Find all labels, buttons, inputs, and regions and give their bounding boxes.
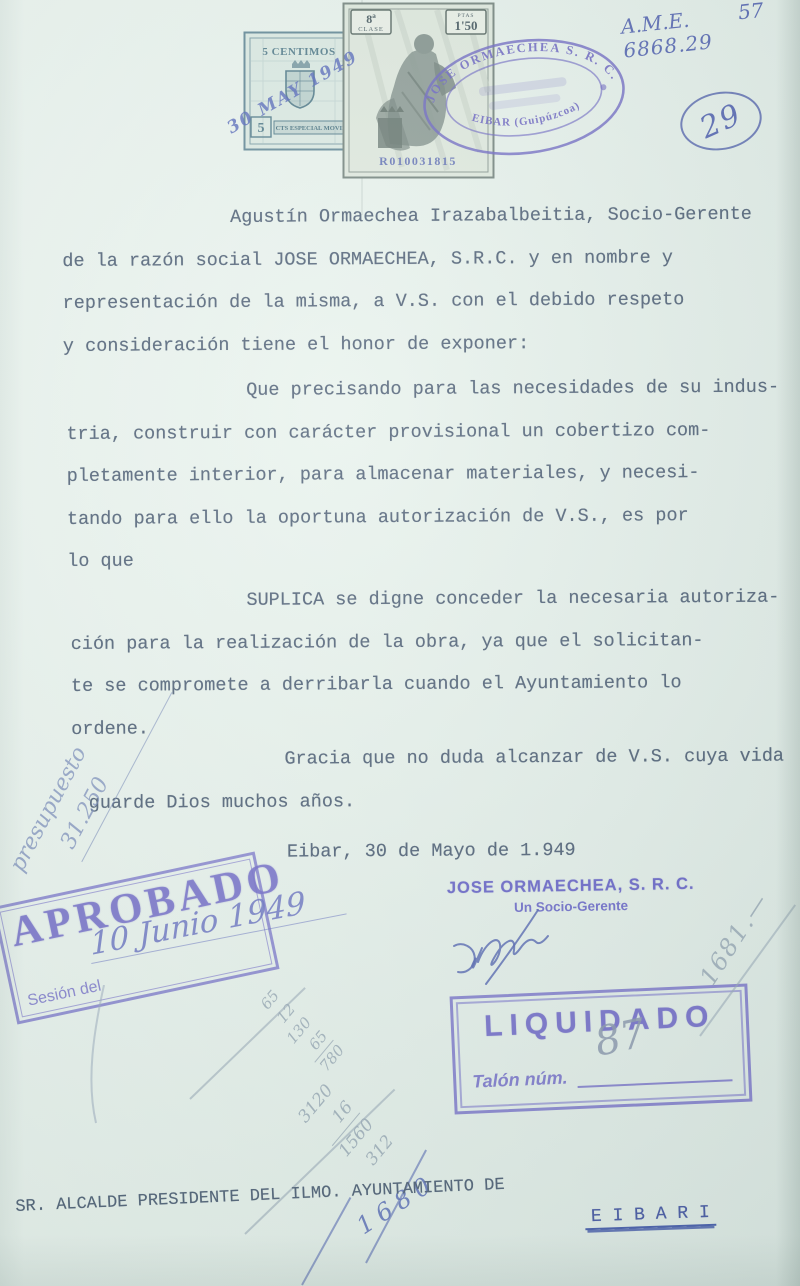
text-line: pletamente interior, para almacenar mate… xyxy=(67,452,780,499)
liquidado-caption: Talón núm. xyxy=(472,1067,568,1092)
text-line: de la razón social JOSE ORMAECHEA, S.R.C… xyxy=(62,236,752,283)
paragraph-suplica: SUPLICA se digne conceder la necesaria a… xyxy=(70,577,780,751)
text-line: guarde Dios muchos años. xyxy=(89,778,785,825)
paragraph-introduction: Agustín Ormaechea Irazabalbeitia, Socio-… xyxy=(62,194,753,368)
paragraph-closing: Gracia que no duda alcanzar de V.S. cuya… xyxy=(88,736,784,825)
text-line: representación de la misma, a V.S. con e… xyxy=(63,279,753,326)
company-name-text: JOSE ORMAECHEA, S. R. C. xyxy=(447,875,695,898)
text-line: Gracia que no duda alcanzar de V.S. cuya… xyxy=(88,736,784,783)
pencil-flourish xyxy=(80,985,140,1125)
text-line: tria, construir con carácter provisional… xyxy=(66,409,779,456)
text-line: tando para ello la oportuna autorización… xyxy=(67,494,780,541)
handwritten-signature xyxy=(428,900,628,995)
city-name: E I B A R I xyxy=(585,1203,717,1231)
text-line: Que precisando para las necesidades de s… xyxy=(66,367,779,414)
dateline: Eibar, 30 de Mayo de 1.949 xyxy=(287,830,576,874)
text-line: y consideración tiene el honor de expone… xyxy=(63,321,753,368)
text-line: te se compromete a derribarla cuando el … xyxy=(71,662,780,709)
paragraph-exposition: Que precisando para las necesidades de s… xyxy=(66,367,780,584)
text-line: SUPLICA se digne conceder la necesaria a… xyxy=(70,577,779,624)
text-line: ción para la realización de la obra, ya … xyxy=(71,619,780,666)
document-page: 5 CENTIMOS 5 CTS ESPECIAL MOVIL xyxy=(0,0,800,1286)
text-line: Agustín Ormaechea Irazabalbeitia, Socio-… xyxy=(62,194,752,241)
